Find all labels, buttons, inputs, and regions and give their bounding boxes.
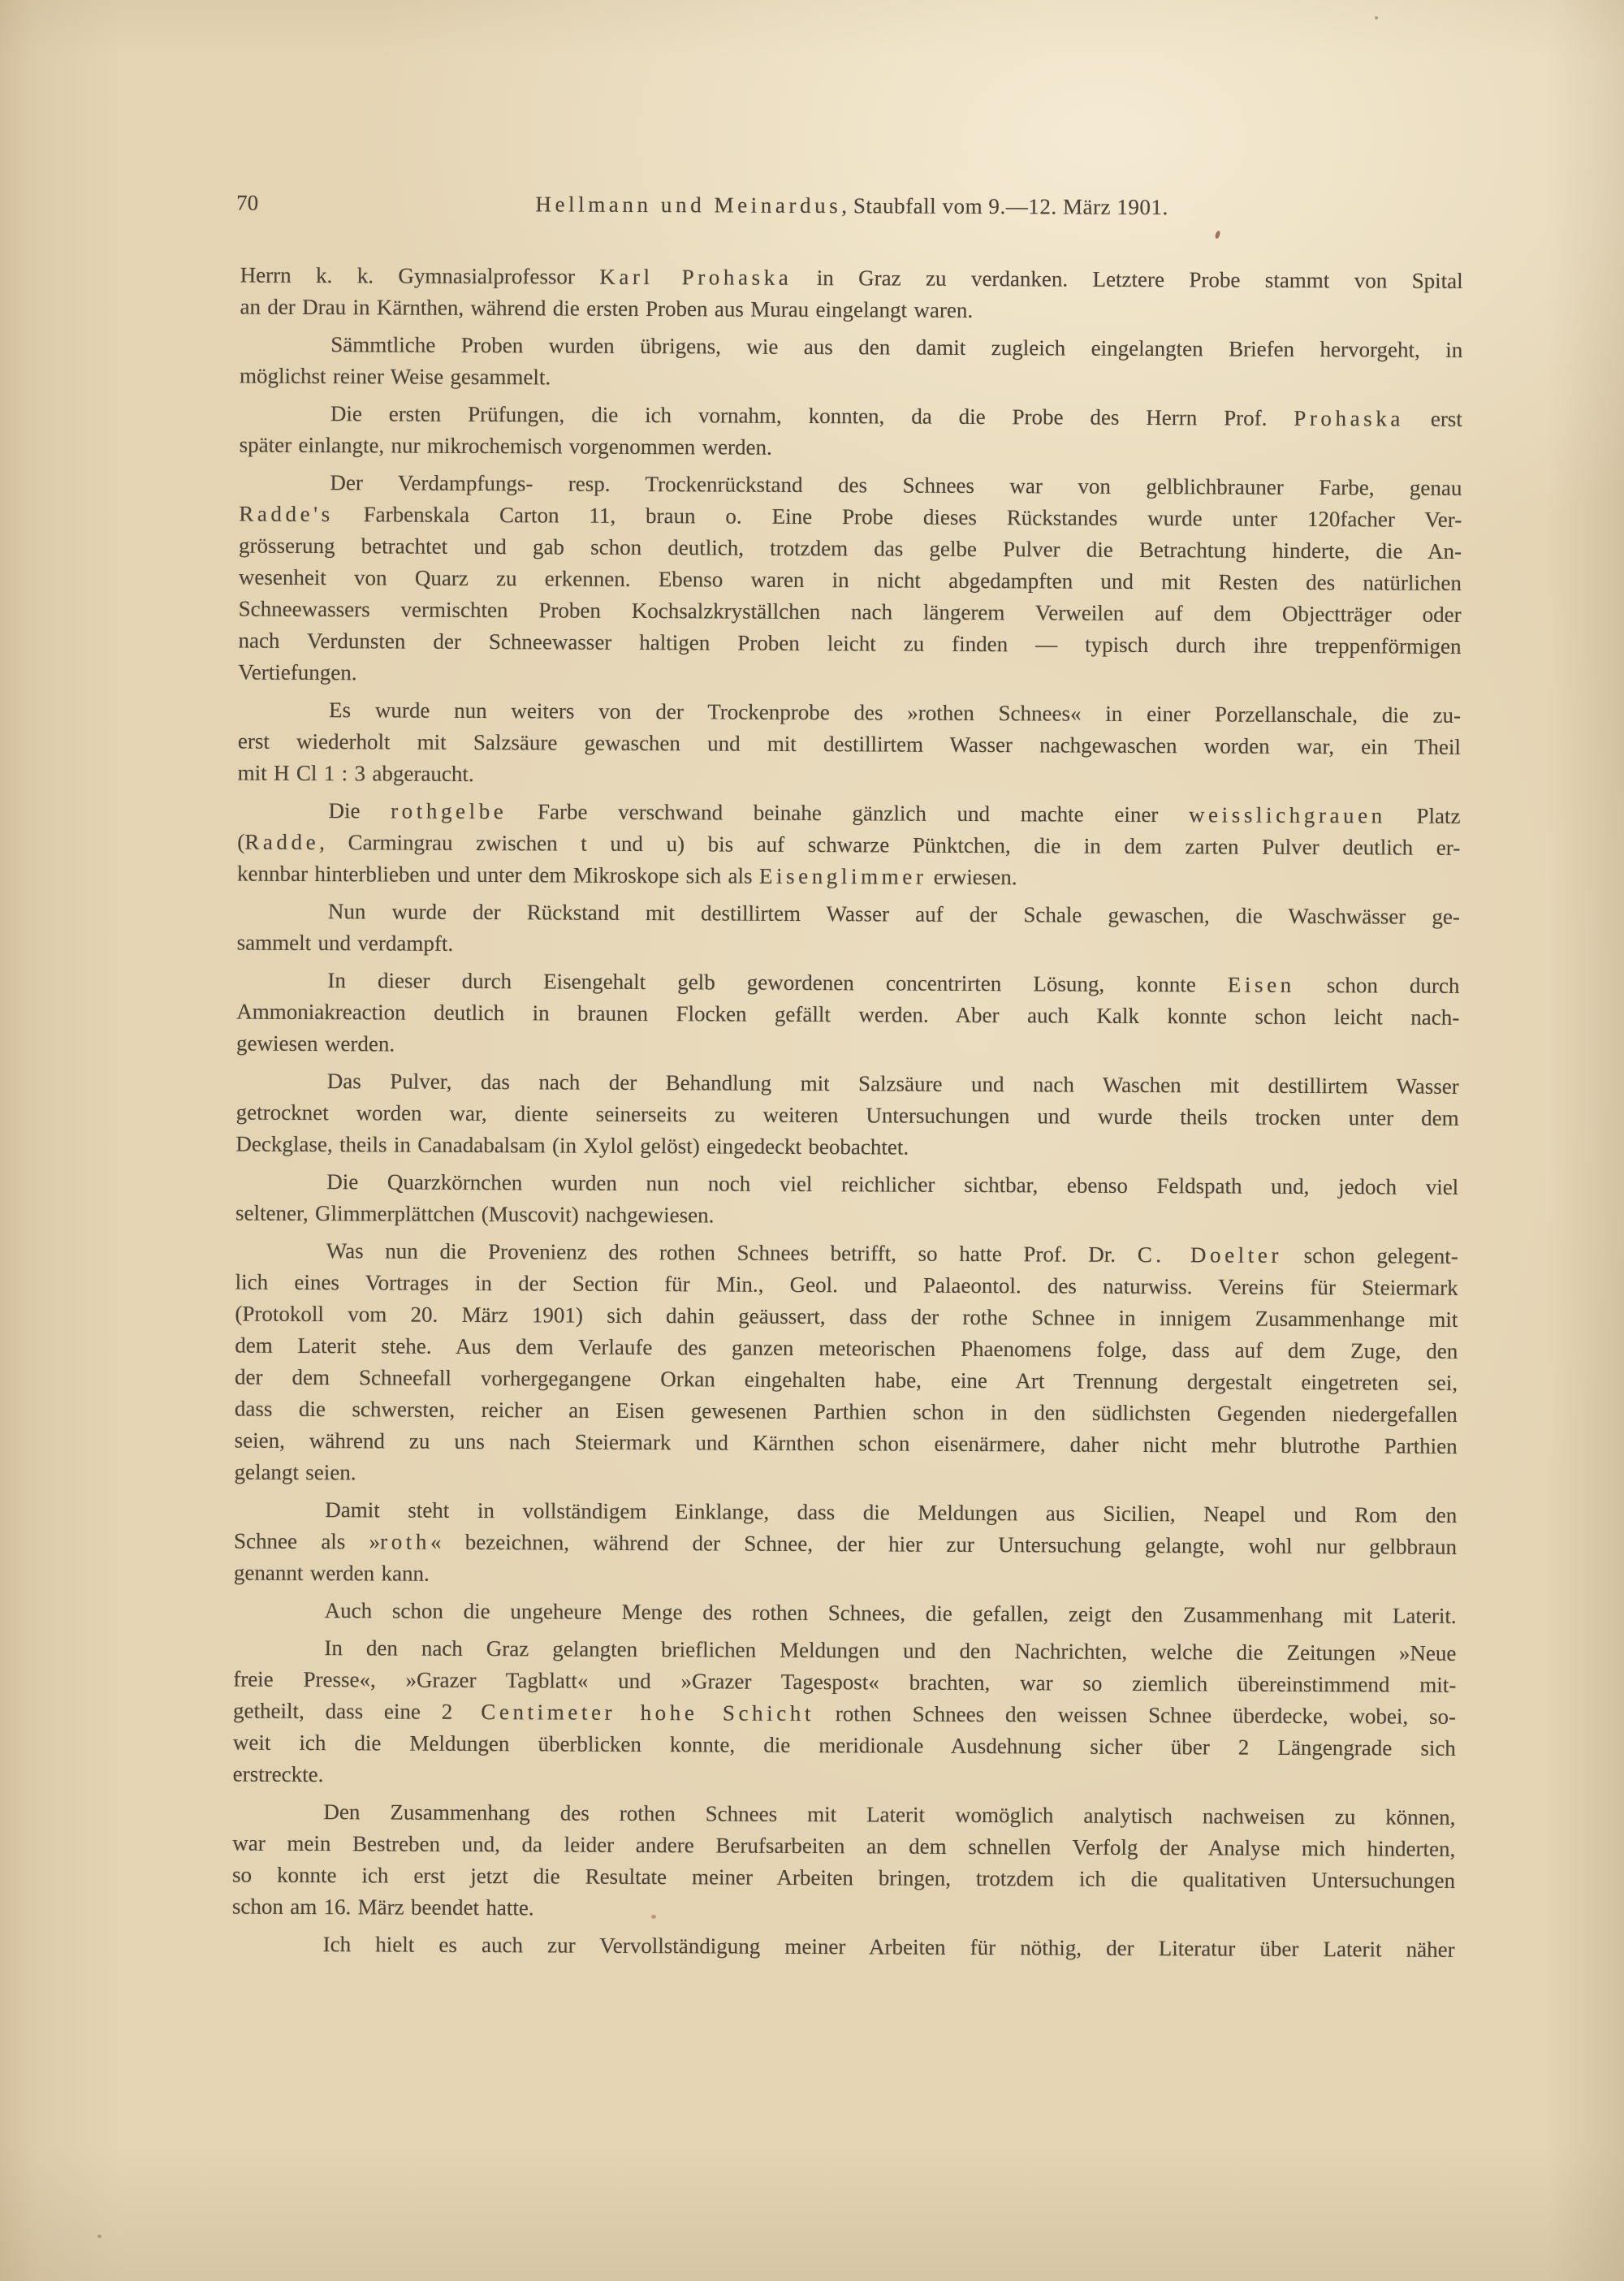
text-line: genannt werden kann.: [234, 1557, 1457, 1595]
text-segment: Das Pulver, das nach der Behandlung mit …: [327, 1069, 1459, 1099]
letterspaced-text: 2 Centimeter hohe Schicht: [442, 1700, 814, 1726]
text-segment: dem Laterit stehe. Aus dem Verlaufe des …: [235, 1333, 1458, 1363]
text-segment: sammelt und verdampft.: [237, 931, 454, 956]
paragraph: Herrn k. k. Gymnasialprofessor Karl Proh…: [240, 260, 1462, 329]
text-segment: schon gelegent-: [1282, 1243, 1458, 1268]
text-segment: Schneewassers vermischten Proben Kochsal…: [239, 597, 1462, 627]
text-segment: Farbe verschwand beinahe gänzlich und ma…: [507, 799, 1189, 827]
paragraph: In den nach Graz gelangten brieflichen M…: [233, 1632, 1457, 1796]
text-segment: grösserung betrachtet und gab schon deut…: [239, 534, 1462, 564]
paragraph: Damit steht in vollständigem Einklange, …: [234, 1494, 1458, 1595]
text-segment: « bezeichnen, während der Schnee, der hi…: [430, 1530, 1457, 1559]
text-segment: Damit steht in vollständigem Einklange, …: [325, 1497, 1457, 1527]
page-content: 70 Hellmann und Meinardus, Staubfall vom…: [0, 0, 1624, 2281]
text-segment: , Staubfall vom 9.—12. März 1901.: [841, 193, 1168, 219]
text-segment: Der Verdampfungs- resp. Trockenrückstand…: [330, 470, 1462, 500]
paragraph: Sämmtliche Proben wurden übrigens, wie a…: [240, 329, 1462, 398]
letterspaced-text: Karl Prohaska: [599, 265, 792, 290]
paragraph: Auch schon die ungeheure Menge des rothe…: [234, 1595, 1457, 1632]
letterspaced-text: Radde: [244, 830, 319, 854]
text-segment: in Graz zu verdanken. Letztere Probe sta…: [792, 266, 1462, 293]
text-segment: genannt werden kann.: [234, 1561, 430, 1586]
letterspaced-text: roth: [380, 1529, 430, 1553]
text-segment: erstreckte.: [233, 1762, 324, 1787]
letterspaced-text: rothgelbe: [391, 798, 507, 823]
letterspaced-text: Eisenglimmer: [759, 864, 927, 889]
letterspaced-text: C. Doelter: [1138, 1242, 1282, 1268]
text-segment: später einlangte, nur mikrochemisch vorg…: [240, 433, 772, 460]
text-segment: Die ersten Prüfungen, die ich vornahm, k…: [330, 401, 1294, 430]
text-block: Herrn k. k. Gymnasialprofessor Karl Proh…: [232, 260, 1463, 1966]
text-segment: getheilt, dass eine: [233, 1699, 442, 1724]
letterspaced-text: Prohaska: [1294, 406, 1404, 431]
text-line: nach Verdunsten der Schneewasser haltige…: [238, 625, 1461, 663]
paper-speck: [97, 2235, 101, 2238]
text-segment: freie Presse«, »Grazer Tagblatt« und »Gr…: [233, 1667, 1456, 1697]
scanned-page: 70 Hellmann und Meinardus, Staubfall vom…: [0, 0, 1624, 2281]
text-line: Ich hielt es auch zur Vervollständigung …: [232, 1929, 1455, 1966]
text-segment: seltener, Glimmerplättchen (Muscovit) na…: [235, 1201, 714, 1228]
text-line: möglichst reiner Weise gesammelt.: [240, 361, 1462, 398]
text-segment: erwiesen.: [926, 865, 1017, 890]
text-segment: weit ich die Meldungen überblicken konnt…: [233, 1730, 1456, 1760]
text-segment: erst wiederholt mit Salzsäure gewaschen …: [238, 729, 1461, 759]
text-line: Auch schon die ungeheure Menge des rothe…: [234, 1595, 1457, 1632]
text-segment: gelangt seien.: [234, 1460, 356, 1485]
text-line: gelangt seien.: [234, 1457, 1457, 1494]
text-segment: Was nun die Provenienz des rothen Schnee…: [326, 1238, 1138, 1267]
letterspaced-text: Eisen: [1228, 973, 1295, 997]
text-line: gewiesen werden.: [236, 1028, 1459, 1065]
text-line: weit ich die Meldungen überblicken konnt…: [233, 1727, 1456, 1765]
letterspaced-text: weisslichgrauen: [1189, 802, 1386, 827]
text-segment: Sämmtliche Proben wurden übrigens, wie a…: [330, 332, 1462, 362]
text-segment: (Protokoll vom 20. März 1901) sich dahin…: [235, 1302, 1458, 1332]
text-line: schon am 16. März beendet hatte.: [232, 1891, 1455, 1929]
text-line: Deckglase, theils in Canadabalsam (in Xy…: [235, 1129, 1458, 1166]
text-line: sammelt und verdampft.: [237, 927, 1460, 965]
text-segment: (: [237, 830, 244, 854]
text-segment: Auch schon die ungeheure Menge des rothe…: [325, 1598, 1457, 1628]
text-line: seltener, Glimmerplättchen (Muscovit) na…: [235, 1198, 1458, 1235]
text-segment: erst: [1404, 407, 1462, 431]
text-segment: an der Drau in Kärnthen, während die ers…: [240, 295, 973, 322]
letterspaced-text: Radde's: [239, 502, 334, 527]
paragraph: Nun wurde der Rückstand mit destillirtem…: [237, 896, 1460, 965]
paragraph: Die ersten Prüfungen, die ich vornahm, k…: [240, 398, 1462, 467]
text-segment: Ich hielt es auch zur Vervollständigung …: [323, 1932, 1455, 1962]
text-segment: so konnte ich erst jetzt die Resultate m…: [232, 1863, 1455, 1893]
letterspaced-text: Hellmann und Meinardus: [535, 192, 841, 218]
text-segment: seien, während zu uns nach Steiermark un…: [235, 1428, 1458, 1458]
text-line: erstreckte.: [233, 1759, 1456, 1796]
text-segment: nach Verdunsten der Schneewasser haltige…: [238, 629, 1461, 659]
text-segment: Vertiefungen.: [238, 660, 356, 685]
paragraph: Es wurde nun weiters von der Trockenprob…: [238, 694, 1462, 795]
paper-speck: [1375, 16, 1378, 19]
text-line: später einlangte, nur mikrochemisch vorg…: [240, 430, 1462, 467]
text-segment: gewiesen werden.: [236, 1031, 395, 1056]
text-segment: Deckglase, theils in Canadabalsam (in Xy…: [235, 1132, 909, 1160]
text-segment: kennbar hinterblieben und unter dem Mikr…: [237, 862, 759, 888]
text-segment: , Carmingrau zwischen t und u) bis auf s…: [319, 830, 1460, 860]
text-line: an der Drau in Kärnthen, während die ers…: [240, 292, 1462, 329]
text-segment: Schnee als »: [234, 1529, 380, 1554]
text-segment: Farbenskala Carton 11, braun o. Eine Pro…: [334, 502, 1462, 532]
paragraph: Die Quarzkörnchen wurden nun noch viel r…: [235, 1166, 1458, 1235]
text-line: kennbar hinterblieben und unter dem Mikr…: [237, 858, 1460, 896]
text-segment: In den nach Graz gelangten brieflichen M…: [324, 1635, 1456, 1665]
paragraph: Den Zusammenhang des rothen Schnees mit …: [232, 1796, 1456, 1929]
text-segment: Platz: [1386, 803, 1461, 827]
paragraph: Was nun die Provenienz des rothen Schnee…: [234, 1235, 1458, 1494]
paragraph: Die rothgelbe Farbe verschwand beinahe g…: [237, 795, 1461, 896]
text-line: mit H Cl 1 : 3 abgeraucht.: [238, 758, 1461, 795]
text-segment: Ammoniakreaction deutlich in braunen Flo…: [236, 1000, 1459, 1030]
text-segment: mit H Cl 1 : 3 abgeraucht.: [238, 761, 474, 786]
text-segment: Die Quarzkörnchen wurden nun noch viel r…: [326, 1169, 1458, 1199]
text-line: Vertiefungen.: [238, 657, 1461, 694]
text-segment: rothen Schnees den weissen Schnee überde…: [814, 1701, 1456, 1729]
text-segment: Es wurde nun weiters von der Trockenprob…: [329, 698, 1461, 728]
text-line: Ammoniakreaction deutlich in braunen Flo…: [236, 996, 1459, 1034]
text-segment: getrocknet worden war, diente seinerseit…: [236, 1100, 1459, 1130]
text-segment: dass die schwersten, reicher an Eisen ge…: [235, 1397, 1458, 1427]
paper-speck: [651, 1915, 656, 1919]
text-segment: Nun wurde der Rückstand mit destillirtem…: [328, 899, 1460, 929]
paragraph: Der Verdampfungs- resp. Trockenrückstand…: [238, 467, 1462, 694]
text-segment: war mein Bestreben und, da leider andere…: [232, 1831, 1455, 1861]
paragraph: Das Pulver, das nach der Behandlung mit …: [235, 1065, 1459, 1166]
paragraph: Ich hielt es auch zur Vervollständigung …: [232, 1929, 1455, 1966]
paragraph: In dieser durch Eisengehalt gelb geworde…: [236, 965, 1460, 1065]
text-line: seien, während zu uns nach Steiermark un…: [235, 1425, 1458, 1462]
text-segment: Herrn k. k. Gymnasialprofessor: [240, 263, 600, 289]
text-segment: Den Zusammenhang des rothen Schnees mit …: [323, 1799, 1455, 1830]
text-segment: wesenheit von Quarz zu erkennen. Ebenso …: [239, 565, 1462, 595]
text-segment: schon durch: [1295, 973, 1460, 998]
running-header: Hellmann und Meinardus, Staubfall vom 9.…: [240, 192, 1463, 220]
text-segment: lich eines Vortrages in der Section für …: [235, 1270, 1458, 1300]
text-segment: möglichst reiner Weise gesammelt.: [240, 364, 551, 390]
text-segment: der dem Schneefall vorhergegangene Orkan…: [235, 1365, 1458, 1395]
text-segment: schon am 16. März beendet hatte.: [232, 1894, 534, 1920]
text-segment: In dieser durch Eisengehalt gelb geworde…: [327, 968, 1228, 996]
text-segment: Die: [328, 798, 391, 823]
